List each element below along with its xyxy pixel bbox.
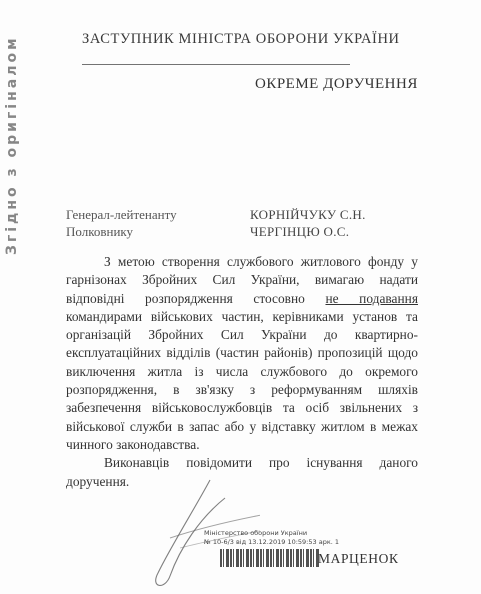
- document-body: З метою створення службового житлового ф…: [66, 253, 418, 491]
- document-page: Згідно з оригіналом ЗАСТУПНИК МІНІСТРА О…: [0, 0, 481, 594]
- barcode: [220, 549, 320, 567]
- paragraph-text: командирами військових частин, керівника…: [66, 309, 418, 452]
- issuer-title: ЗАСТУПНИК МІНІСТРА ОБОРОНИ УКРАЇНИ: [82, 31, 400, 48]
- body-paragraph-1: З метою створення службового житлового ф…: [66, 253, 418, 454]
- certified-copy-stamp: Згідно з оригіналом: [4, 30, 28, 260]
- underlined-phrase: не подавання: [325, 291, 418, 306]
- addressee-rank-2: Полковнику: [66, 223, 177, 240]
- addressee-name-2: ЧЕРГІНЦЮ О.С.: [250, 223, 366, 240]
- document-type: ОКРЕМЕ ДОРУЧЕННЯ: [255, 76, 418, 93]
- registration-org: Міністерство оборони України: [204, 529, 339, 538]
- addressee-rank-1: Генерал-лейтенанту: [66, 206, 177, 223]
- signer-name: МАРЦЕНОК: [318, 551, 399, 567]
- registration-stamp: Міністерство оборони України № 10-6/3 ві…: [204, 529, 339, 547]
- registration-number: № 10-6/3 від 13.12.2019 10:59:53 арк. 1: [204, 538, 339, 547]
- addressee-ranks: Генерал-лейтенанту Полковнику: [66, 206, 177, 240]
- header-divider: [82, 64, 350, 65]
- addressee-names: КОРНІЙЧУКУ С.Н. ЧЕРГІНЦЮ О.С.: [250, 206, 366, 240]
- addressee-name-1: КОРНІЙЧУКУ С.Н.: [250, 206, 366, 223]
